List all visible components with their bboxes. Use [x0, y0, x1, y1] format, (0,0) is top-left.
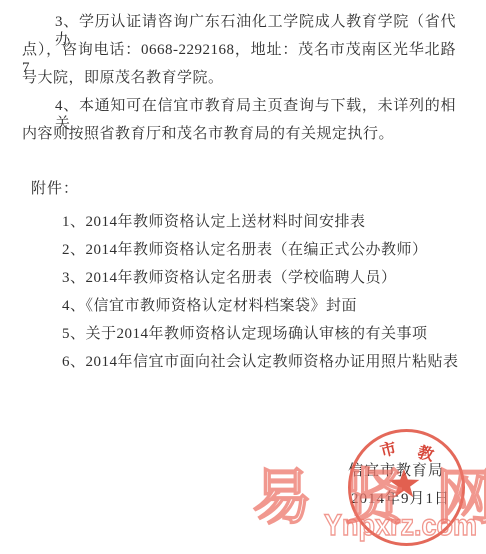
attachment-item: 1、2014年教师资格认定上送材料时间安排表: [62, 210, 366, 231]
body-line: 内容则按照省教育厅和茂名市教育局的有关规定执行。: [22, 125, 456, 143]
attachments-label: 附件：: [31, 177, 79, 198]
attachment-item: 4、《信宜市教师资格认定材料档案袋》封面: [62, 294, 357, 315]
attachment-item: 5、关于2014年教师资格认定现场确认审核的有关事项: [62, 322, 428, 343]
attachment-item: 3、2014年教师资格认定名册表（学校临聘人员）: [62, 266, 397, 287]
watermark-site: Ynpxrz.com: [324, 509, 477, 543]
attachment-item: 2、2014年教师资格认定名册表（在编正式公办教师）: [62, 238, 428, 259]
attachment-item: 6、2014年信宜市面向社会认定教师资格办证用照片粘贴表: [62, 350, 459, 371]
body-line: 号大院，即原茂名教育学院。: [22, 69, 456, 87]
document-page: 3、学历认证请咨询广东石油化工学院成人教育学院（省代办 点），咨询电话：0668…: [0, 0, 486, 554]
